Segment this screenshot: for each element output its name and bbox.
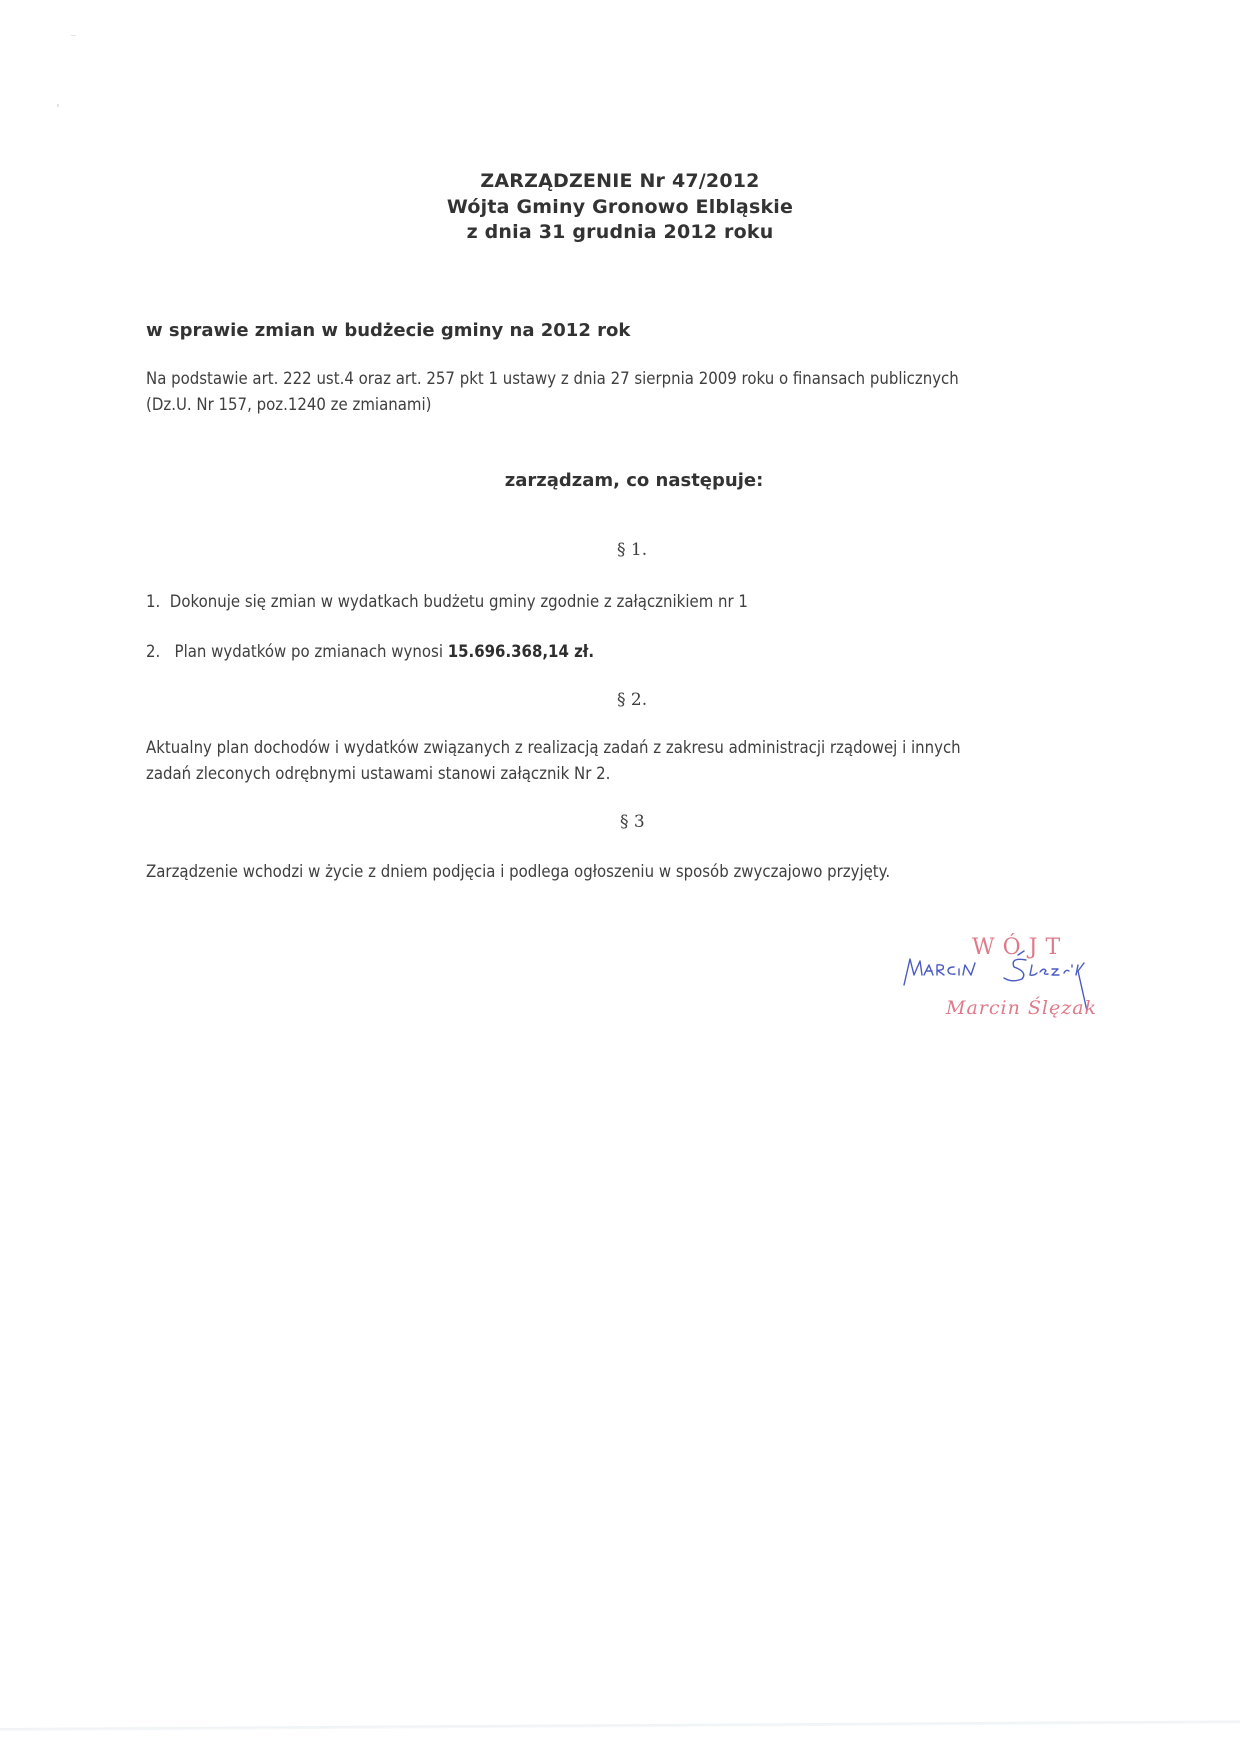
document-title: ZARZĄDZENIE Nr 47/2012 bbox=[0, 170, 1240, 192]
section-3-text: Zarządzenie wchodzi w życie z dniem podj… bbox=[146, 862, 890, 882]
legal-basis-line-1: Na podstawie art. 222 ust.4 oraz art. 25… bbox=[146, 369, 959, 389]
legal-basis-line-2: (Dz.U. Nr 157, poz.1240 ze zmianami) bbox=[146, 395, 431, 415]
document-date: z dnia 31 grudnia 2012 roku bbox=[0, 221, 1240, 243]
section-2-text-line-2: zadań zleconych odrębnymi ustawami stano… bbox=[146, 764, 610, 784]
item-text: Plan wydatków po zmianach wynosi bbox=[175, 642, 448, 662]
stamp-name: Marcin Ślęzak bbox=[946, 997, 1097, 1019]
item-number: 2. bbox=[146, 642, 160, 662]
section-1-item-1: 1. Dokonuje się zmian w wydatkach budżet… bbox=[146, 592, 748, 612]
item-text: Dokonuje się zmian w wydatkach budżetu g… bbox=[170, 592, 748, 612]
section-3-label: § 3 bbox=[620, 812, 645, 832]
expenditure-amount: 15.696.368,14 zł. bbox=[448, 642, 594, 662]
scan-speck bbox=[71, 35, 76, 36]
section-2-text-line-1: Aktualny plan dochodów i wydatków związa… bbox=[146, 738, 961, 758]
document-subject: w sprawie zmian w budżecie gminy na 2012… bbox=[146, 320, 630, 341]
scan-edge-line bbox=[0, 1720, 1240, 1731]
document-issuer: Wójta Gminy Gronowo Elbląskie bbox=[0, 196, 1240, 218]
scan-speck bbox=[57, 104, 59, 107]
section-1-item-2: 2. Plan wydatków po zmianach wynosi 15.6… bbox=[146, 642, 594, 662]
section-1-label: § 1. bbox=[617, 540, 647, 560]
item-number: 1. bbox=[146, 592, 160, 612]
section-2-label: § 2. bbox=[617, 690, 647, 710]
decree-phrase: zarządzam, co następuje: bbox=[0, 470, 1240, 491]
